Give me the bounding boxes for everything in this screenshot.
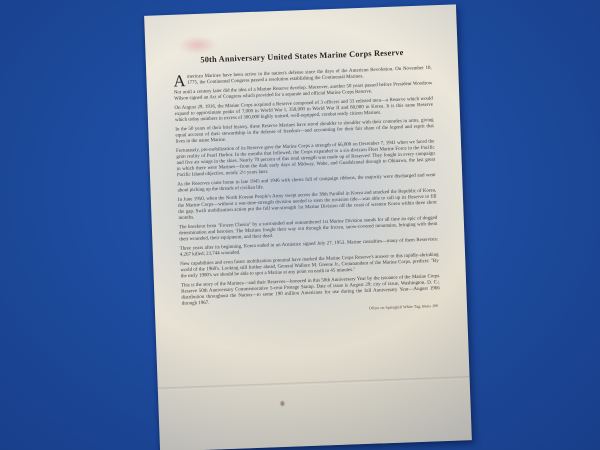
paragraph-5: Fortunately, pre-mobilization of its Res… bbox=[176, 138, 435, 178]
document-text-block: 50th Anniversary United States Marine Co… bbox=[173, 47, 441, 317]
photo-background: 50th Anniversary United States Marine Co… bbox=[0, 0, 600, 450]
fold-crease bbox=[158, 376, 470, 390]
drop-cap: A bbox=[173, 74, 185, 88]
paper-imprint: Offset on Springhill White Tag, Basis 10… bbox=[182, 304, 440, 318]
paper-speck bbox=[280, 401, 284, 406]
document-card: 50th Anniversary United States Marine Co… bbox=[144, 4, 472, 450]
paragraph-11: This is the story of the Marines—and the… bbox=[181, 273, 440, 307]
pink-smudge-mark bbox=[177, 35, 218, 54]
